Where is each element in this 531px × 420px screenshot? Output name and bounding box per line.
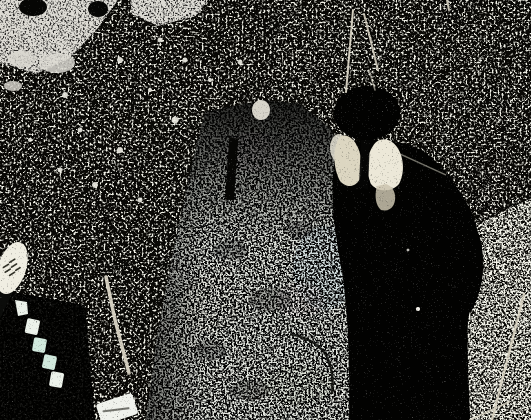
grain-overlay-pepper bbox=[0, 0, 531, 420]
photo-root bbox=[0, 0, 531, 420]
scene-photograph bbox=[0, 0, 531, 420]
